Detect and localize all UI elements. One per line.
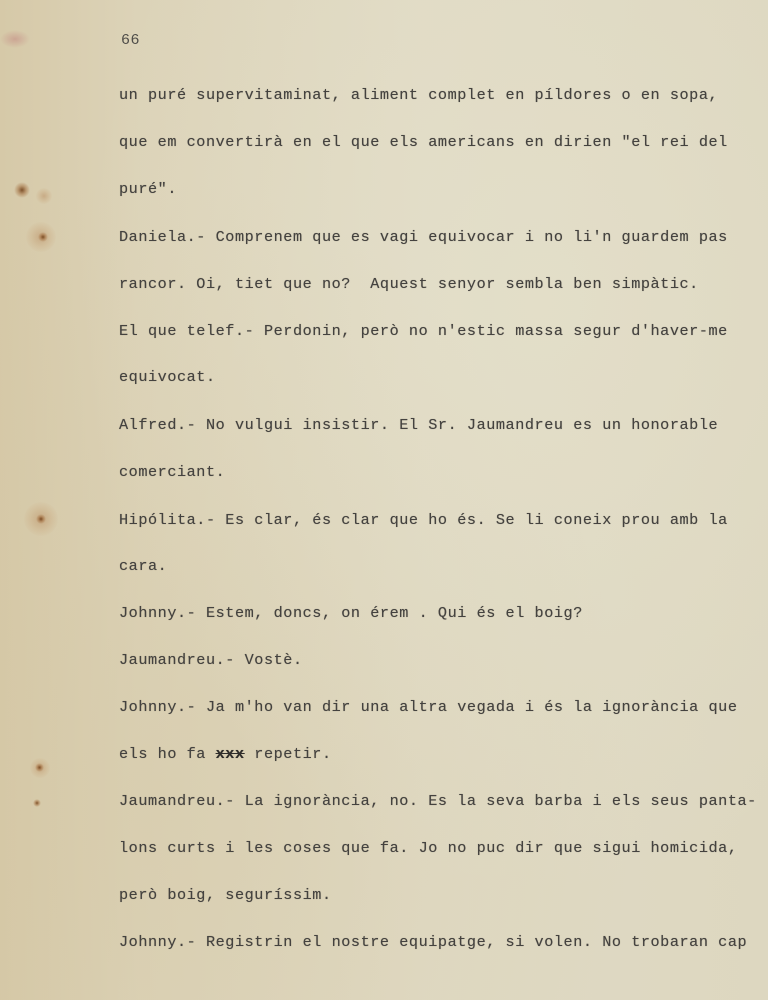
text-line: però boig, seguríssim.: [119, 886, 332, 904]
text-line: Johnny.- Ja m'ho van dir una altra vegad…: [119, 698, 738, 716]
text-line: que em convertirà en el que els american…: [119, 133, 728, 151]
text-line: comerciant.: [119, 463, 225, 481]
text-line: puré".: [119, 180, 177, 198]
text-line: Alfred.- No vulgui insistir. El Sr. Jaum…: [119, 416, 718, 434]
text-line: Hipólita.- Es clar, és clar que ho és. S…: [119, 511, 728, 529]
text-line: Johnny.- Estem, doncs, on érem . Qui és …: [119, 604, 583, 622]
stain-mark: [0, 30, 30, 48]
text-line: Daniela.- Comprenem que es vagi equivoca…: [119, 228, 728, 246]
stain-mark: [26, 222, 56, 252]
text-line: els ho fa xxx repetir.: [119, 745, 332, 763]
page-number: 66: [121, 32, 140, 49]
stain-mark: [33, 799, 41, 807]
stain-mark: [30, 758, 50, 778]
text-line-end: repetir.: [245, 745, 332, 763]
text-line-start: els ho fa: [119, 745, 216, 763]
struck-out-text: xxx: [216, 745, 245, 763]
text-line: un puré supervitaminat, aliment complet …: [119, 86, 718, 104]
text-line: Johnny.- Registrin el nostre equipatge, …: [119, 933, 747, 951]
stain-mark: [36, 188, 52, 204]
stain-mark: [38, 232, 48, 242]
text-line: lons curts i les coses que fa. Jo no puc…: [119, 839, 738, 857]
stain-mark: [14, 182, 30, 198]
stain-mark: [36, 514, 46, 524]
text-line: El que telef.- Perdonin, però no n'estic…: [119, 322, 728, 340]
text-line: Jaumandreu.- La ignorància, no. Es la se…: [119, 792, 757, 810]
text-line: Jaumandreu.- Vostè.: [119, 651, 303, 669]
text-line: cara.: [119, 557, 167, 575]
stain-mark: [24, 502, 58, 536]
document-page: 66 un puré supervitaminat, aliment compl…: [0, 0, 768, 1000]
stain-mark: [35, 763, 44, 772]
text-line: equivocat.: [119, 368, 216, 386]
text-line: rancor. Oi, tiet que no? Aquest senyor s…: [119, 275, 699, 293]
